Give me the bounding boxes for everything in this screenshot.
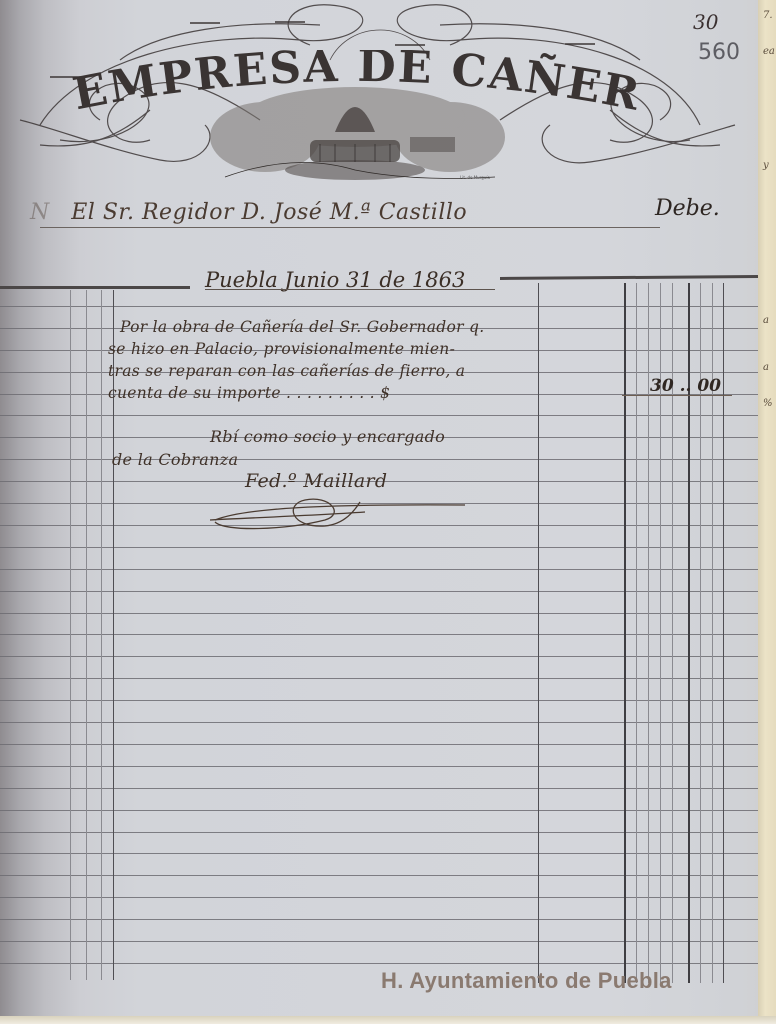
entry-amount: 30 .. 00 — [650, 376, 721, 396]
receipt-line-1: Rbí como socio y encargado — [210, 427, 445, 446]
edge-mark: y — [763, 160, 769, 171]
amount-underline — [622, 395, 732, 396]
entry-line-2: se hizo en Palacio, provisionalmente mie… — [108, 340, 455, 358]
addressee-underline — [40, 227, 660, 228]
edge-mark: a — [763, 315, 769, 326]
signature-flourish-icon — [205, 490, 485, 544]
header-rule-right — [500, 275, 758, 280]
date-underline — [205, 289, 495, 290]
letterhead: EMPRESA DE CAÑERIAS. — [0, 0, 762, 195]
addressee-prefix: N — [30, 200, 50, 225]
entry-line-3: tras se reparan con las cañerías de fier… — [108, 362, 465, 380]
margin-line — [101, 290, 102, 980]
page-bottom-edge — [0, 1016, 776, 1024]
edge-mark: a — [763, 362, 769, 373]
addressee-text: El Sr. Regidor D. José M.ª Castillo — [71, 200, 467, 225]
lithographer-caption: Lit. de Murguía — [460, 175, 490, 180]
edge-mark: % — [763, 398, 773, 409]
entry-line-4: cuenta de su importe . . . . . . . . . $ — [108, 384, 390, 402]
edge-mark: 7. — [763, 10, 773, 21]
cents-column-right-line — [723, 283, 724, 983]
handwritten-reference-number: 30 — [693, 10, 718, 34]
amount-column-left-line — [624, 283, 626, 983]
description-right-line — [538, 283, 539, 983]
edge-mark: ea — [763, 46, 775, 57]
adjacent-page-marks: 7. ea y a a % — [762, 10, 776, 490]
signature: Fed.º Maillard — [245, 470, 387, 492]
debit-label: Debe. — [655, 196, 720, 221]
amount-column-line — [648, 283, 649, 983]
margin-line — [86, 290, 87, 980]
addressee: N El Sr. Regidor D. José M.ª Castillo — [30, 200, 467, 225]
receipt-line-2: de la Cobranza — [112, 450, 238, 469]
stamped-reference-number: 560 — [698, 40, 740, 65]
header-rule-left — [0, 286, 190, 289]
entry-line-1: Por la obra de Cañería del Sr. Gobernado… — [120, 318, 484, 336]
margin-line — [70, 290, 71, 980]
amount-column-line — [636, 283, 637, 983]
document-sheet: EMPRESA DE CAÑERIAS. — [0, 0, 762, 1018]
archive-watermark: H. Ayuntamiento de Puebla — [381, 968, 672, 994]
